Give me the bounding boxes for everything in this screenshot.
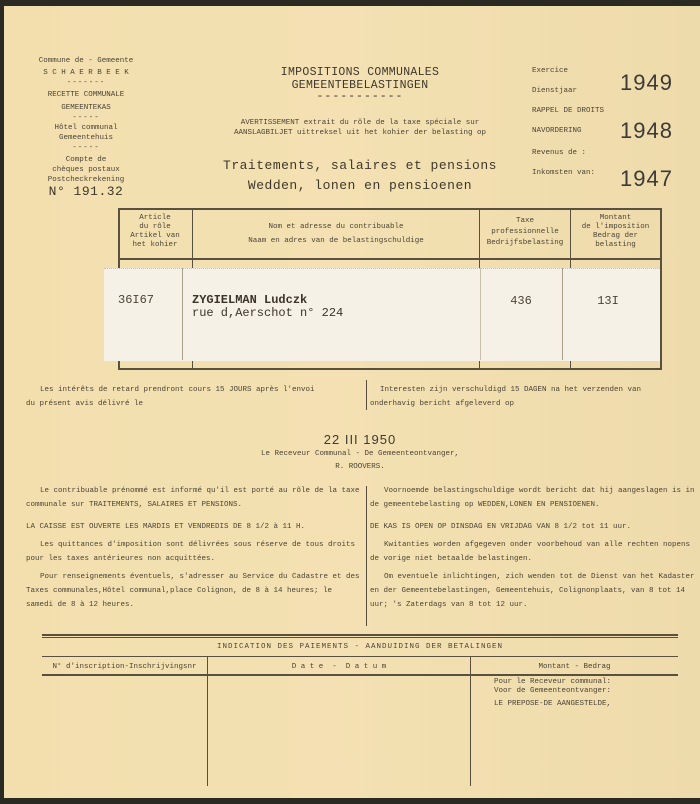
- col-header-name: Nom et adresse du contribuable Naam en a…: [193, 220, 479, 248]
- date-stamp: 22 III 1950: [230, 432, 490, 447]
- separator: -----: [26, 143, 146, 153]
- dienstjaar-label: Dienstjaar: [532, 86, 622, 96]
- hotel-label: Hôtel communal: [26, 123, 146, 133]
- separator: -------: [26, 78, 146, 88]
- info-nl-opening-hours: DE KAS IS OPEN OP DINSDAG EN VRIJDAG VAN…: [370, 520, 696, 534]
- tax-subject: Traitements, salaires et pensions Wedden…: [200, 156, 520, 196]
- header-line: Artikel van: [118, 232, 192, 241]
- subject-nl: Wedden, lonen en pensioenen: [200, 176, 520, 196]
- interest-nl-line1: Interesten zijn verschuldigd 15 DAGEN na…: [370, 383, 700, 397]
- info-fr-opening-hours: LA CAISSE EST OUVERTE LES MARDIS ET VEND…: [26, 520, 360, 534]
- commune-label: Commune de - Gemeente: [26, 56, 146, 66]
- sign-line-prepose: LE PREPOSE-DE AANGESTELDE,: [494, 700, 684, 709]
- rappel-year-value: 1948: [620, 118, 673, 144]
- payments-title: INDICATION DES PAIEMENTS - AANDUIDING DE…: [42, 642, 678, 652]
- info-nl-paragraph: Kwitanties worden afgegeven onder voorbe…: [370, 538, 696, 566]
- header-line: Montant: [571, 214, 660, 223]
- document-title-block: IMPOSITIONS COMMUNALES GEMEENTEBELASTING…: [210, 66, 510, 102]
- recette-label: RECETTE COMMUNALE: [26, 90, 146, 100]
- gemeentekas-label: GEMEENTEKAS: [26, 103, 146, 113]
- exercice-label: Exercice: [532, 66, 622, 76]
- account-number: N° 191.32: [26, 187, 146, 197]
- pasted-data-strip: [104, 268, 660, 361]
- info-fr: Le contribuable prénommé est informé qu'…: [26, 484, 360, 612]
- sign-line-fr: Pour le Receveur communal:: [494, 678, 684, 687]
- title-fr: IMPOSITIONS COMMUNALES: [210, 66, 510, 79]
- title-separator: -----------: [210, 92, 510, 102]
- cheques-label-1: Compte de: [26, 155, 146, 165]
- revenus-label: Revenus de :: [532, 148, 622, 158]
- interest-notice-fr: Les intérêts de retard prendront cours 1…: [26, 383, 362, 411]
- info-fr-paragraph: Les quittances d'imposition sont délivré…: [26, 538, 360, 566]
- info-nl: Voornoemde belastingschuldige wordt beri…: [370, 484, 696, 612]
- notice-type-block: AVERTISSEMENT extrait du rôle de la taxe…: [210, 118, 510, 138]
- issuer-block: Commune de - Gemeente S C H A E R B E E …: [26, 56, 146, 197]
- header-line: belasting: [571, 241, 660, 250]
- exercice-year-value: 1949: [620, 70, 673, 96]
- col-header-taxe: Taxe professionnelle Bedrijfsbelasting: [480, 216, 570, 249]
- payments-col-date: D a t e - D a t u m: [208, 662, 470, 672]
- info-nl-paragraph: Om eventuele inlichtingen, zich wenden t…: [370, 570, 696, 612]
- header-line: Bedrag der: [571, 232, 660, 241]
- col-header-article: Article du rôle Artikel van het kohier: [118, 214, 192, 250]
- payments-col-inscription: N° d'inscription-Inschrijvingsnr: [42, 662, 207, 672]
- fiscal-year-labels: Exercice Dienstjaar RAPPEL DE DROITS NAV…: [532, 66, 622, 178]
- info-fr-paragraph: Pour renseignements éventuels, s'adresse…: [26, 570, 360, 612]
- payments-signature-block: Pour le Receveur communal: Voor de Gemee…: [494, 678, 684, 709]
- subject-fr: Traitements, salaires et pensions: [200, 156, 520, 176]
- inkomsten-label: Inkomsten van:: [532, 168, 622, 178]
- header-line: Taxe: [480, 216, 570, 227]
- rappel-label: RAPPEL DE DROITS: [532, 106, 622, 116]
- interest-notice-nl: Interesten zijn verschuldigd 15 DAGEN na…: [370, 383, 700, 411]
- commune-name: S C H A E R B E E K: [26, 68, 146, 78]
- avertissement-fr: AVERTISSEMENT extrait du rôle de la taxe…: [210, 118, 510, 128]
- taxpayer-block: ZYGIELMAN Ludczk rue d,Aerschot n° 224: [192, 294, 343, 320]
- sign-line-nl: Voor de Gemeenteontvanger:: [494, 687, 684, 696]
- info-fr-paragraph: Le contribuable prénommé est informé qu'…: [26, 484, 360, 512]
- payments-col-amount: Montant - Bedrag: [471, 662, 678, 672]
- navordering-label: NAVORDERING: [532, 126, 622, 136]
- separator: -----: [26, 113, 146, 123]
- receiver-title: Le Receveur Communal - De Gemeenteontvan…: [210, 448, 510, 461]
- interest-fr-line1: Les intérêts de retard prendront cours 1…: [26, 383, 362, 397]
- header-line: de l'imposition: [571, 223, 660, 232]
- cheques-label-2: chèques postaux: [26, 165, 146, 175]
- col-header-montant: Montant de l'imposition Bedrag der belas…: [571, 214, 660, 250]
- header-line: Bedrijfsbelasting: [480, 238, 570, 249]
- article-number: 36I67: [118, 294, 154, 306]
- revenus-year-value: 1947: [620, 166, 673, 192]
- header-line: professionnelle: [480, 227, 570, 238]
- header-line: Nom et adresse du contribuable: [193, 220, 479, 234]
- header-line: Article: [118, 214, 192, 223]
- receiver-signature: Le Receveur Communal - De Gemeenteontvan…: [210, 448, 510, 474]
- info-nl-paragraph: Voornoemde belastingschuldige wordt beri…: [370, 484, 696, 512]
- interest-nl-line2: onderhavig bericht afgeleverd op: [370, 397, 700, 411]
- interest-fr-line2: du présent avis délivré le: [26, 397, 362, 411]
- receiver-name: R. ROOVERS.: [210, 461, 510, 474]
- taxpayer-address: rue d,Aerschot n° 224: [192, 307, 343, 320]
- header-line: Naam en adres van de belastingschuldige: [193, 234, 479, 248]
- taxe-value: 436: [480, 294, 562, 308]
- header-line: du rôle: [118, 223, 192, 232]
- header-line: het kohier: [118, 241, 192, 250]
- tax-notice-document: Commune de - Gemeente S C H A E R B E E …: [4, 6, 700, 798]
- gemeentehuis-label: Gemeentehuis: [26, 133, 146, 143]
- montant-value: 13I: [563, 294, 653, 308]
- aanslagbiljet-nl: AANSLAGBILJET uittreksel uit het kohier …: [210, 128, 510, 138]
